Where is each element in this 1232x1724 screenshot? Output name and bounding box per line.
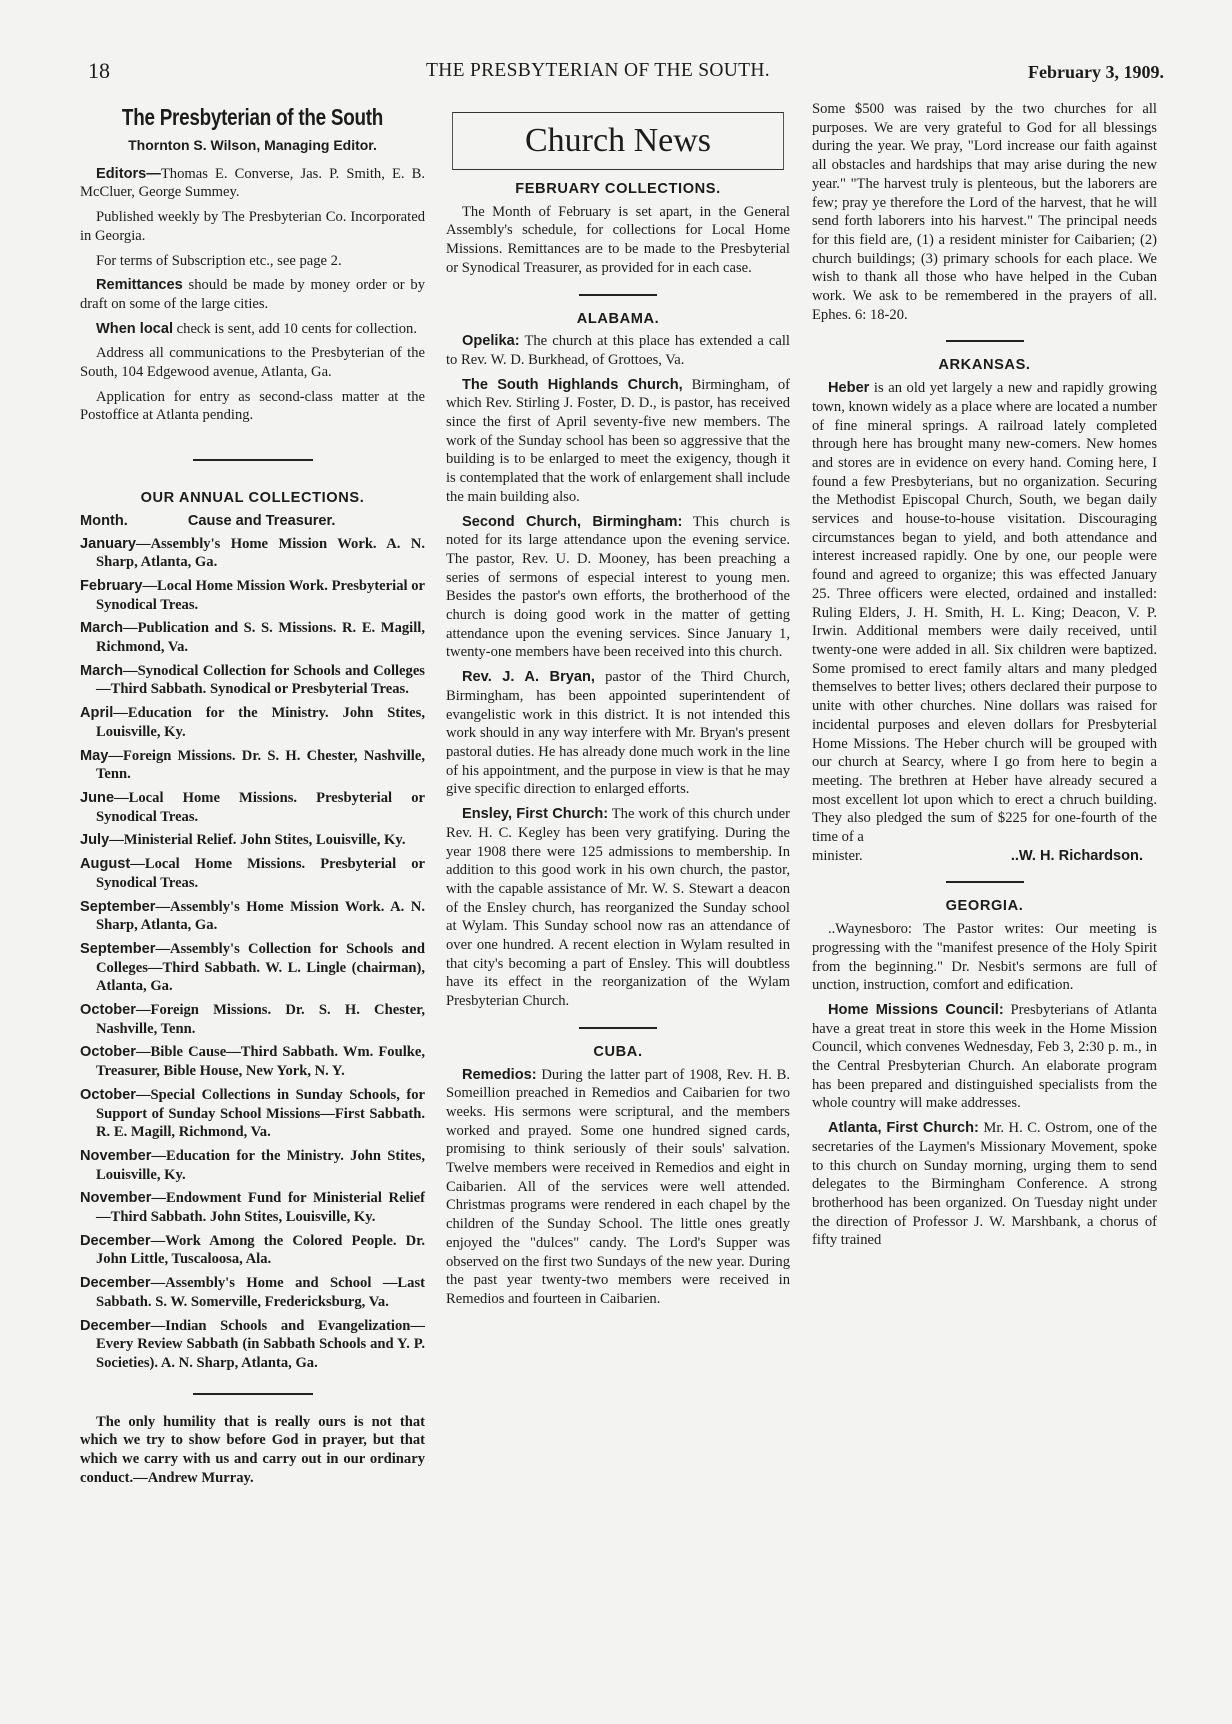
page-number: 18 xyxy=(88,58,110,84)
collection-entry: November—Education for the Ministry. Joh… xyxy=(80,1147,425,1184)
collection-entry: October—Special Collections in Sunday Sc… xyxy=(80,1086,425,1142)
collection-cause: —Foreign Missions. Dr. S. H. Chester, Na… xyxy=(96,1002,425,1037)
arkansas-heber-item: Heber is an old yet largely a new and ra… xyxy=(812,379,1157,847)
editors-paragraph: Editors—Thomas E. Converse, Jas. P. Smit… xyxy=(80,165,425,202)
news-item: ..Waynesboro: The Pastor writes: Our mee… xyxy=(812,920,1157,995)
column-masthead-info: The Presbyterian of the South Thornton S… xyxy=(80,100,425,1493)
collection-entry: July—Ministerial Relief. John Stites, Lo… xyxy=(80,831,425,850)
news-item-lead: ..Waynesboro: xyxy=(828,921,912,937)
news-item: Second Church, Birmingham: This church i… xyxy=(446,513,790,663)
collection-month: August xyxy=(80,856,130,872)
collection-entry: August—Local Home Missions. Presbyterial… xyxy=(80,855,425,892)
collection-month: July xyxy=(80,832,109,848)
divider xyxy=(579,294,657,296)
collection-month: October xyxy=(80,1087,136,1103)
arkansas-heading: ARKANSAS. xyxy=(812,356,1157,375)
published-paragraph: Published weekly by The Presbyterian Co.… xyxy=(80,208,425,245)
alabama-heading: ALABAMA. xyxy=(446,310,790,329)
managing-editor: Thornton S. Wilson, Managing Editor. xyxy=(80,136,425,155)
news-item: Opelika: The church at this place has ex… xyxy=(446,332,790,369)
collection-cause: —Assembly's Home Mission Work. A. N. Sha… xyxy=(96,536,425,571)
collection-cause: —Local Home Mission Work. Presbyterial o… xyxy=(96,578,425,613)
news-item-lead: Opelika: xyxy=(462,333,520,349)
february-collections-heading: FEBRUARY COLLECTIONS. xyxy=(446,180,790,199)
news-item-text: This church is noted for its large atten… xyxy=(446,514,790,661)
collection-cause: —Publication and S. S. Missions. R. E. M… xyxy=(96,620,425,655)
annual-collections-heading: OUR ANNUAL COLLECTIONS. xyxy=(80,489,425,508)
collection-month: June xyxy=(80,790,114,806)
news-item-lead: Rev. J. A. Bryan, xyxy=(462,669,595,685)
divider xyxy=(946,340,1024,342)
news-item-lead: Ensley, First Church: xyxy=(462,806,608,822)
collection-month: November xyxy=(80,1148,151,1164)
collection-month: February xyxy=(80,578,142,594)
publication-title: The Presbyterian of the South xyxy=(111,104,394,130)
collection-entry: October—Bible Cause—Third Sabbath. Wm. F… xyxy=(80,1043,425,1080)
collection-cause: —Ministerial Relief. John Stites, Louisv… xyxy=(109,832,405,848)
collection-cause: —Foreign Missions. Dr. S. H. Chester, Na… xyxy=(96,748,425,783)
news-item-lead: Atlanta, First Church: xyxy=(828,1120,979,1136)
collection-entry: September—Assembly's Home Mission Work. … xyxy=(80,898,425,935)
news-item-text: pastor of the Third Church, Birmingham, … xyxy=(446,669,790,797)
collection-entry: December—Work Among the Colored People. … xyxy=(80,1232,425,1269)
collection-cause: —Local Home Missions. Presbyterial or Sy… xyxy=(96,856,425,891)
news-item-text: Mr. H. C. Ostrom, one of the secretaries… xyxy=(812,1120,1157,1248)
collection-entry: June—Local Home Missions. Presbyterial o… xyxy=(80,789,425,826)
collection-entry: November—Endowment Fund for Ministerial … xyxy=(80,1189,425,1226)
masthead: THE PRESBYTERIAN OF THE SOUTH. xyxy=(426,60,770,82)
collection-entry: October—Foreign Missions. Dr. S. H. Ches… xyxy=(80,1001,425,1038)
collection-month: March xyxy=(80,620,123,636)
collection-month: December xyxy=(80,1318,151,1334)
collection-month: October xyxy=(80,1002,136,1018)
collection-month: December xyxy=(80,1233,151,1249)
news-item: Rev. J. A. Bryan, pastor of the Third Ch… xyxy=(446,668,790,799)
news-item-lead: Home Missions Council: xyxy=(828,1002,1004,1018)
alabama-items: Opelika: The church at this place has ex… xyxy=(446,332,790,1011)
address-paragraph: Address all communications to the Presby… xyxy=(80,344,425,381)
remittances-paragraph: Remittances should be made by money orde… xyxy=(80,276,425,313)
collection-month: September xyxy=(80,899,155,915)
collection-month: September xyxy=(80,941,155,957)
collection-cause: —Local Home Missions. Presbyterial or Sy… xyxy=(96,790,425,825)
andrew-murray-quote: The only humility that is really ours is… xyxy=(80,1413,425,1488)
collection-month: November xyxy=(80,1190,151,1206)
collection-entry: September—Assembly's Collection for Scho… xyxy=(80,940,425,996)
news-item: Atlanta, First Church: Mr. H. C. Ostrom,… xyxy=(812,1119,1157,1250)
collections-column-headers: Month. Cause and Treasurer. xyxy=(80,512,425,531)
news-item: The South Highlands Church, Birmingham, … xyxy=(446,376,790,507)
news-item-text: Birmingham, of which Rev. Stirling J. Fo… xyxy=(446,377,790,505)
collection-cause: —Synodical Collection for Schools and Co… xyxy=(96,663,425,698)
cuba-continued-text: Some $500 was raised by the two churches… xyxy=(812,100,1157,324)
divider xyxy=(193,1393,313,1395)
page-header: 18 THE PRESBYTERIAN OF THE SOUTH. Februa… xyxy=(88,52,1164,82)
author-signature: ..W. H. Richardson. xyxy=(1011,847,1157,866)
church-news-title: Church News xyxy=(452,112,784,170)
news-item-text: The work of this church under Rev. H. C.… xyxy=(446,806,790,1009)
collections-list: January—Assembly's Home Mission Work. A.… xyxy=(80,535,425,1373)
divider xyxy=(579,1027,657,1029)
cuba-heading: CUBA. xyxy=(446,1043,790,1062)
collection-entry: January—Assembly's Home Mission Work. A.… xyxy=(80,535,425,572)
news-item-text: Presbyterians of Atlanta have a great tr… xyxy=(812,1002,1157,1112)
arkansas-signoff: minister. ..W. H. Richardson. xyxy=(812,847,1157,866)
february-collections-text: The Month of February is set apart, in t… xyxy=(446,203,790,278)
collection-entry: March—Synodical Collection for Schools a… xyxy=(80,662,425,699)
news-item-lead: The South Highlands Church, xyxy=(462,377,683,393)
collection-entry: December—Indian Schools and Evangelizati… xyxy=(80,1317,425,1373)
collection-month: May xyxy=(80,748,108,764)
collection-entry: March—Publication and S. S. Missions. R.… xyxy=(80,619,425,656)
collection-cause: —Special Collections in Sunday Schools, … xyxy=(96,1087,425,1140)
collection-entry: May—Foreign Missions. Dr. S. H. Chester,… xyxy=(80,747,425,784)
divider xyxy=(193,459,313,461)
local-check-paragraph: When local check is sent, add 10 cents f… xyxy=(80,320,425,339)
georgia-items: ..Waynesboro: The Pastor writes: Our mee… xyxy=(812,920,1157,1250)
collection-cause: —Education for the Ministry. John Stites… xyxy=(96,705,425,740)
news-item: Ensley, First Church: The work of this c… xyxy=(446,805,790,1011)
divider xyxy=(946,881,1024,883)
collection-month: April xyxy=(80,705,113,721)
collection-cause: —Bible Cause—Third Sabbath. Wm. Foulke, … xyxy=(96,1044,425,1079)
issue-date: February 3, 1909. xyxy=(1028,62,1164,83)
column-church-news: Church News FEBRUARY COLLECTIONS. The Mo… xyxy=(446,100,790,1315)
news-item-lead: Second Church, Birmingham: xyxy=(462,514,682,530)
cuba-remedios-item: Remedios: During the latter part of 1908… xyxy=(446,1066,790,1309)
collection-month: October xyxy=(80,1044,136,1060)
editors-label: Editors— xyxy=(96,166,161,182)
application-paragraph: Application for entry as second-class ma… xyxy=(80,388,425,425)
collection-month: March xyxy=(80,663,123,679)
collection-month: December xyxy=(80,1275,151,1291)
georgia-heading: GEORGIA. xyxy=(812,897,1157,916)
collection-entry: December—Assembly's Home and School —Las… xyxy=(80,1274,425,1311)
collection-month: January xyxy=(80,536,136,552)
collection-entry: February—Local Home Mission Work. Presby… xyxy=(80,577,425,614)
terms-paragraph: For terms of Subscription etc., see page… xyxy=(80,252,425,271)
collection-entry: April—Education for the Ministry. John S… xyxy=(80,704,425,741)
news-item: Home Missions Council: Presbyterians of … xyxy=(812,1001,1157,1113)
column-news-continued: Some $500 was raised by the two churches… xyxy=(812,100,1157,1256)
